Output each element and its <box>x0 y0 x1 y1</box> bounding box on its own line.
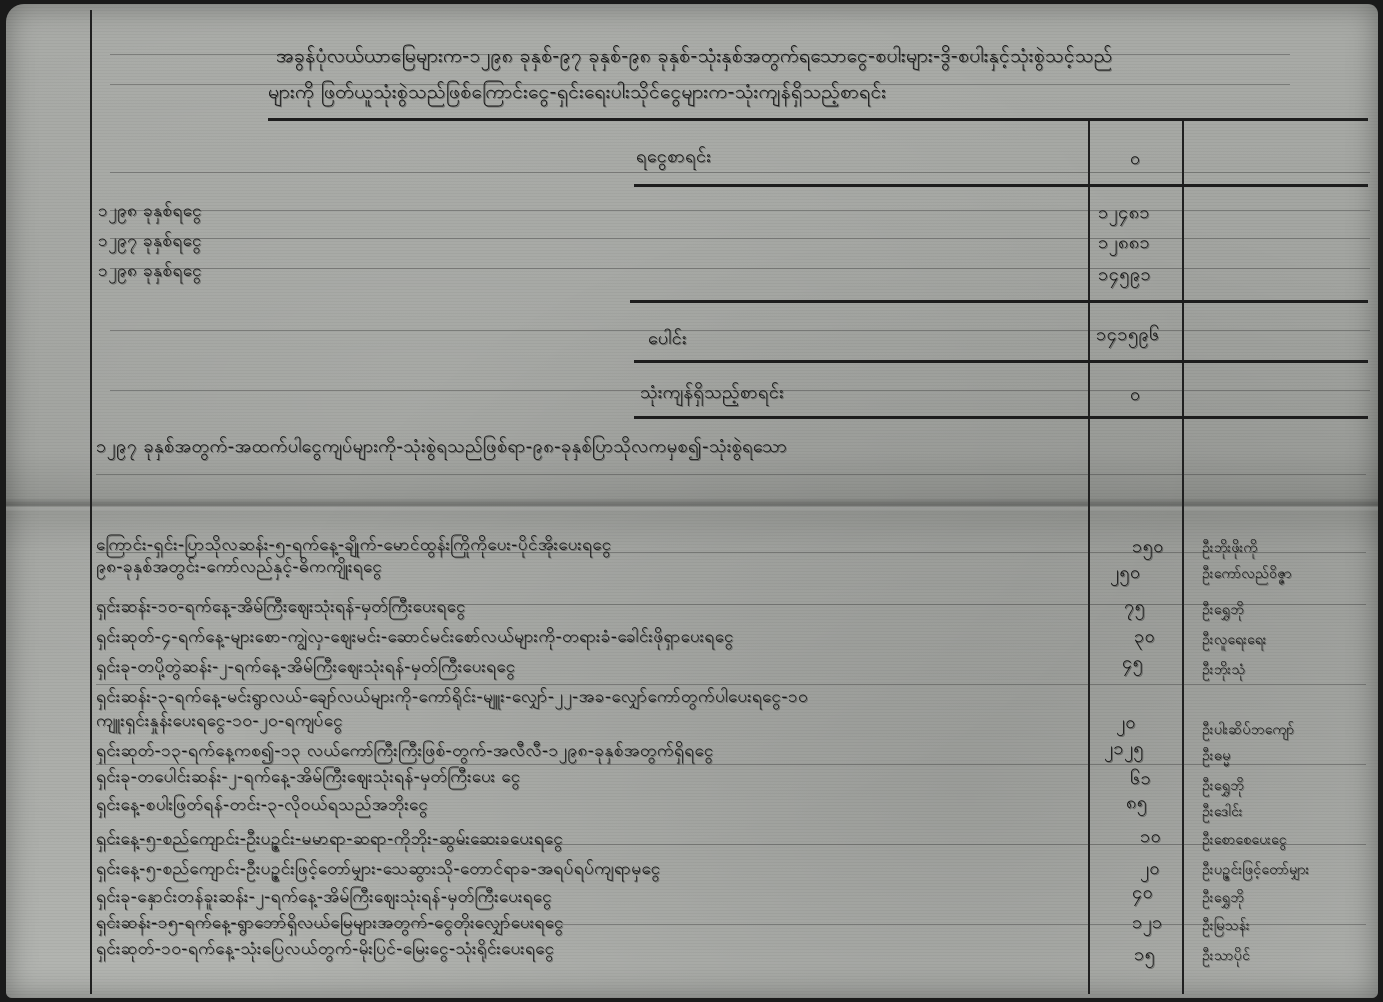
year-row-value: ၁၂၈၈၁ <box>1098 230 1150 257</box>
summary-header-label: ရငွေစာရင်း <box>636 144 711 171</box>
rule <box>110 210 1370 211</box>
rule <box>110 238 1370 239</box>
year-row-value: ၁၂၄၈၁ <box>1098 200 1150 227</box>
summary-header-value: ၀ <box>1130 146 1141 173</box>
expense-payee: ဦးရွှေဘို <box>1202 776 1244 797</box>
expense-section-heading: ၁၂၉၇ ခုနှစ်အတွက်-အထက်ပါငွေကျပ်များကို-သု… <box>96 436 787 458</box>
document-title-line-2: များကို ဖြတ်ယူသုံးစွဲသည်ဖြစ်ကြောင်းငွေ-ရ… <box>268 80 886 108</box>
expense-amount: ၁၅ <box>1134 942 1155 969</box>
expense-entry-text: ရှင်းဆန်း-၁၅-ရက်နေ့-ရွာဘော်ရှိလယ်မြေများ… <box>96 912 564 934</box>
expense-payee: ဦးပဉ္ဇင်းဖြင့်တော်မျှား <box>1202 860 1310 881</box>
expense-amount: ၈၅ <box>1126 790 1147 817</box>
expense-payee: ဦးပါးဆိပ်ဘကျော် <box>1202 720 1295 741</box>
expense-payee: ဦးဓမ္မ <box>1202 746 1231 767</box>
expense-payee: ဦးဒေါင်း <box>1202 802 1243 823</box>
title-underline <box>268 118 1368 121</box>
year-row-label: ၁၂၉၈ ခုနှစ်ရငွေ <box>98 260 202 282</box>
margin-rule <box>90 10 92 994</box>
expense-entry-text: ရှင်းဆုတ်-၁၃-ရက်နေ့ကစ၍-၁၃ လယ်ကော်ကြီးကြီ… <box>96 740 714 762</box>
expense-amount: ၃၀ <box>1134 624 1155 651</box>
rule <box>110 330 1370 331</box>
expense-entry-text: ရှင်းဆန်း-၃-ရက်နေ့-မင်းရွာလယ်-ချော်လယ်မျ… <box>96 686 808 708</box>
expense-entry-text: ရှင်းခု-တပို့တွဲဆန်း-၂-ရက်နေ့-အိမ်ကြီးဈေ… <box>96 656 516 678</box>
rule <box>96 684 1366 685</box>
expense-entry-text: ရှင်းဆုတ်-၄-ရက်နေ့-များစော-ကျွဲလှ-ဈေးမင်… <box>96 626 734 648</box>
expense-payee: ဦးစောစေပေးငွေ <box>1202 830 1287 851</box>
year-row-label: ၁၂၉၈ ခုနှစ်ရငွေ <box>98 200 202 222</box>
expense-payee: ဦးဘိုးဖိုးကို <box>1202 538 1258 559</box>
expense-payee: ဦးလူရေးရေး <box>1202 630 1267 651</box>
expense-amount: ၂၅၀ <box>1110 560 1141 587</box>
year-rows-rule <box>630 300 1368 303</box>
document-title-line-1: အခွန်ပုံလယ်ယာမြေများက-၁၂၉၈ ခုနှစ်-၉၇ ခုန… <box>276 44 1113 72</box>
total-label: ပေါင်း <box>648 326 687 353</box>
expense-payee: ဦးရွှေဘို <box>1202 888 1244 909</box>
rule <box>96 474 1366 475</box>
expense-entry-text: ကျူးရှင်းနှုန်းပေးရငွေ-၁၀-၂၀-ရကျပ်ငွေ <box>96 710 343 732</box>
rule <box>96 764 1366 765</box>
expense-amount: ၆၁ <box>1130 766 1151 793</box>
expense-entry-text: ရှင်းနေ့-စပါးဖြတ်ရန်-တင်း-၃-လိုဝယ်ရသည်အဘ… <box>96 794 428 816</box>
expense-amount: ၁၅၀ <box>1132 534 1164 561</box>
expense-entry-text: ၉၈-ခုနှစ်အတွင်း-ကော်လည်နှင့်-ဓိကကျိုးရငွ… <box>96 556 382 578</box>
expense-payee: ဦးသာပိုင် <box>1202 946 1250 967</box>
expense-payee: ဦးရွှေဘို <box>1202 600 1244 621</box>
total-value: ၁၄၁၅၉၆ <box>1096 322 1160 349</box>
ledger-page: အခွန်ပုံလယ်ယာမြေများက-၁၂၉၈ ခုနှစ်-၉၇ ခုန… <box>6 4 1378 998</box>
year-row-value: ၁၄၅၉၁ <box>1098 262 1151 289</box>
expense-amount: ၂၁၂၅ <box>1104 736 1144 763</box>
expense-amount: ၂၀ <box>1116 710 1136 737</box>
balance-value: ၀ <box>1130 382 1141 409</box>
expense-amount: ၄၅ <box>1122 650 1143 677</box>
balance-row-rule <box>634 416 1368 419</box>
expense-amount: ၁၂၁ <box>1132 910 1163 937</box>
header-row-rule <box>634 184 1368 187</box>
expense-amount: ၇၅ <box>1124 594 1145 621</box>
year-row-label: ၁၂၉၇ ခုနှစ်ရငွေ <box>98 230 202 252</box>
expense-amount: ၄၀ <box>1132 880 1153 907</box>
expense-payee: ဦးကော်လည်ဝိဇ္ဇာ <box>1202 564 1292 585</box>
rule <box>110 268 1370 269</box>
expense-entry-text: ရှင်းခု-တပေါင်းဆန်း-၂-ရက်နေ့-အိမ်ကြီးဈေး… <box>96 766 521 788</box>
expense-entry-text: ကြောင်း-ရှင်း-ပြာသိုလဆန်း-၅-ရက်နေ့-ချိုက… <box>96 534 612 556</box>
rule <box>110 172 1370 173</box>
expense-entry-text: ရှင်းခု-နှောင်းတန်ခူးဆန်း-၂-ရက်နေ့-အိမ်က… <box>96 886 552 908</box>
expense-payee: ဦးဘိုးသုံ <box>1202 660 1245 681</box>
paper-fold <box>6 498 1378 512</box>
expense-entry-text: ရှင်းနေ့-၅-စည်ကျောင်း-ဦးပဉ္ဇင်း-မမာရာ-ဆရ… <box>96 828 563 850</box>
total-row-rule <box>634 360 1368 363</box>
expense-entry-text: ရှင်းဆုတ်-၁၀-ရက်နေ့-သုံးပြေလယ်တွက်-မိုးပ… <box>96 938 554 960</box>
expense-payee: ဦးမြသန်း <box>1202 916 1250 937</box>
balance-label: သုံးကျန်ရှိသည့်စာရင်း <box>640 380 784 407</box>
expense-amount: ၁၀ <box>1140 824 1161 851</box>
amount-column-rule-right <box>1182 120 1184 994</box>
expense-entry-text: ရှင်းဆန်း-၁၀-ရက်နေ့-အိမ်ကြီးဈေးသုံးရန်-မ… <box>96 596 466 618</box>
amount-column-rule-left <box>1088 120 1090 994</box>
expense-amount: ၂၀ <box>1140 856 1160 883</box>
expense-entry-text: ရှင်းနေ့-၅-စည်ကျောင်း-ဦးပဉ္ဇင်းဖြင့်တော်… <box>96 858 661 880</box>
